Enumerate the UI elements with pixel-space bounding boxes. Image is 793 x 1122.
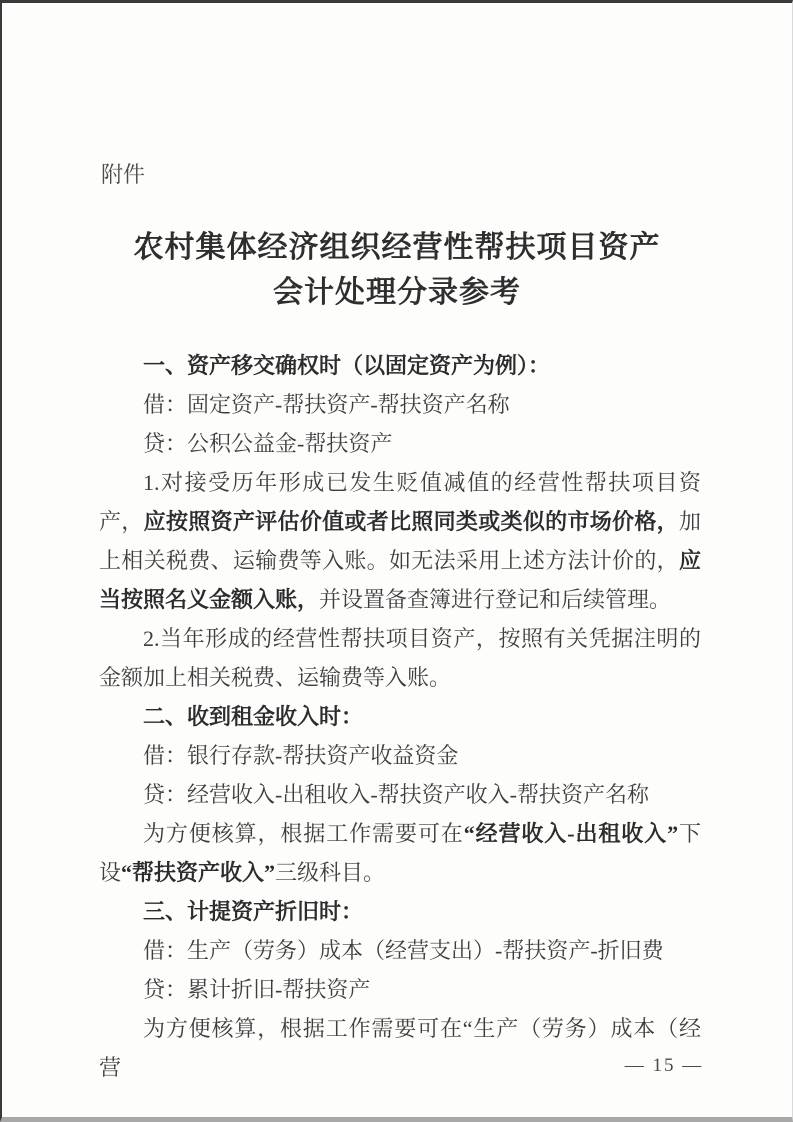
body-paragraph: 为方便核算，根据工作需要可在“生产（劳务）成本（经营 — [99, 1009, 701, 1087]
page-number: — 15 — — [614, 1055, 714, 1077]
bold-text-run: 应按照资产评估价值或者比照同类或类似的市场价格， — [144, 509, 679, 534]
bold-text-run: 一、资产移交确权时（以固定资产为例）： — [143, 353, 550, 378]
text-run: 2.当年形成的经营性帮扶项目资产，按照有关凭据注明的金额加上相关税费、运输费等入… — [99, 626, 701, 690]
body-paragraph: 贷：经营收入-出租收入-帮扶资产收入-帮扶资产名称 — [99, 775, 701, 814]
document-title-line-1: 农村集体经济组织经营性帮扶项目资产 — [2, 225, 792, 270]
bold-text-run: 二、收到租金收入时： — [143, 704, 363, 729]
body-paragraph: 1.对接受历年形成已发生贬值减值的经营性帮扶项目资产，应按照资产评估价值或者比照… — [99, 463, 701, 619]
section-heading: 三、计提资产折旧时： — [99, 892, 701, 931]
text-run: 三级科目。 — [275, 860, 385, 885]
document-body: 一、资产移交确权时（以固定资产为例）：借：固定资产-帮扶资产-帮扶资产名称贷：公… — [99, 346, 701, 1087]
attachment-label: 附件 — [101, 161, 145, 189]
body-paragraph: 借：生产（劳务）成本（经营支出）-帮扶资产-折旧费 — [99, 931, 701, 970]
text-run: 借：固定资产-帮扶资产-帮扶资产名称 — [143, 392, 510, 417]
section-heading: 一、资产移交确权时（以固定资产为例）： — [99, 346, 701, 385]
section-heading: 二、收到租金收入时： — [99, 697, 701, 736]
text-run: 并设置备查簿进行登记和后续管理。 — [319, 587, 671, 612]
text-run: 贷：公积公益金-帮扶资产 — [143, 431, 392, 456]
document-title: 农村集体经济组织经营性帮扶项目资产 会计处理分录参考 — [2, 225, 792, 315]
text-run: 为方便核算，根据工作需要可在“生产（劳务）成本（经营 — [99, 1016, 701, 1080]
bold-text-run: “经营收入-出租收入” — [464, 821, 678, 846]
text-run: 借：生产（劳务）成本（经营支出）-帮扶资产-折旧费 — [143, 938, 664, 963]
body-paragraph: 借：银行存款-帮扶资产收益资金 — [99, 736, 701, 775]
text-run: 借：银行存款-帮扶资产收益资金 — [143, 743, 458, 768]
text-run: 贷：累计折旧-帮扶资产 — [143, 977, 370, 1002]
scanned-document-page: 附件 农村集体经济组织经营性帮扶项目资产 会计处理分录参考 一、资产移交确权时（… — [0, 0, 793, 1122]
document-title-line-2: 会计处理分录参考 — [2, 270, 792, 315]
bold-text-run: 三、计提资产折旧时： — [143, 899, 363, 924]
bold-text-run: “帮扶资产收入” — [121, 860, 275, 885]
body-paragraph: 借：固定资产-帮扶资产-帮扶资产名称 — [99, 385, 701, 424]
body-paragraph: 为方便核算，根据工作需要可在“经营收入-出租收入”下设“帮扶资产收入”三级科目。 — [99, 814, 701, 892]
text-run: 为方便核算，根据工作需要可在 — [143, 821, 464, 846]
text-run: 贷：经营收入-出租收入-帮扶资产收入-帮扶资产名称 — [143, 782, 649, 807]
body-paragraph: 2.当年形成的经营性帮扶项目资产，按照有关凭据注明的金额加上相关税费、运输费等入… — [99, 619, 701, 697]
body-paragraph: 贷：公积公益金-帮扶资产 — [99, 424, 701, 463]
body-paragraph: 贷：累计折旧-帮扶资产 — [99, 970, 701, 1009]
